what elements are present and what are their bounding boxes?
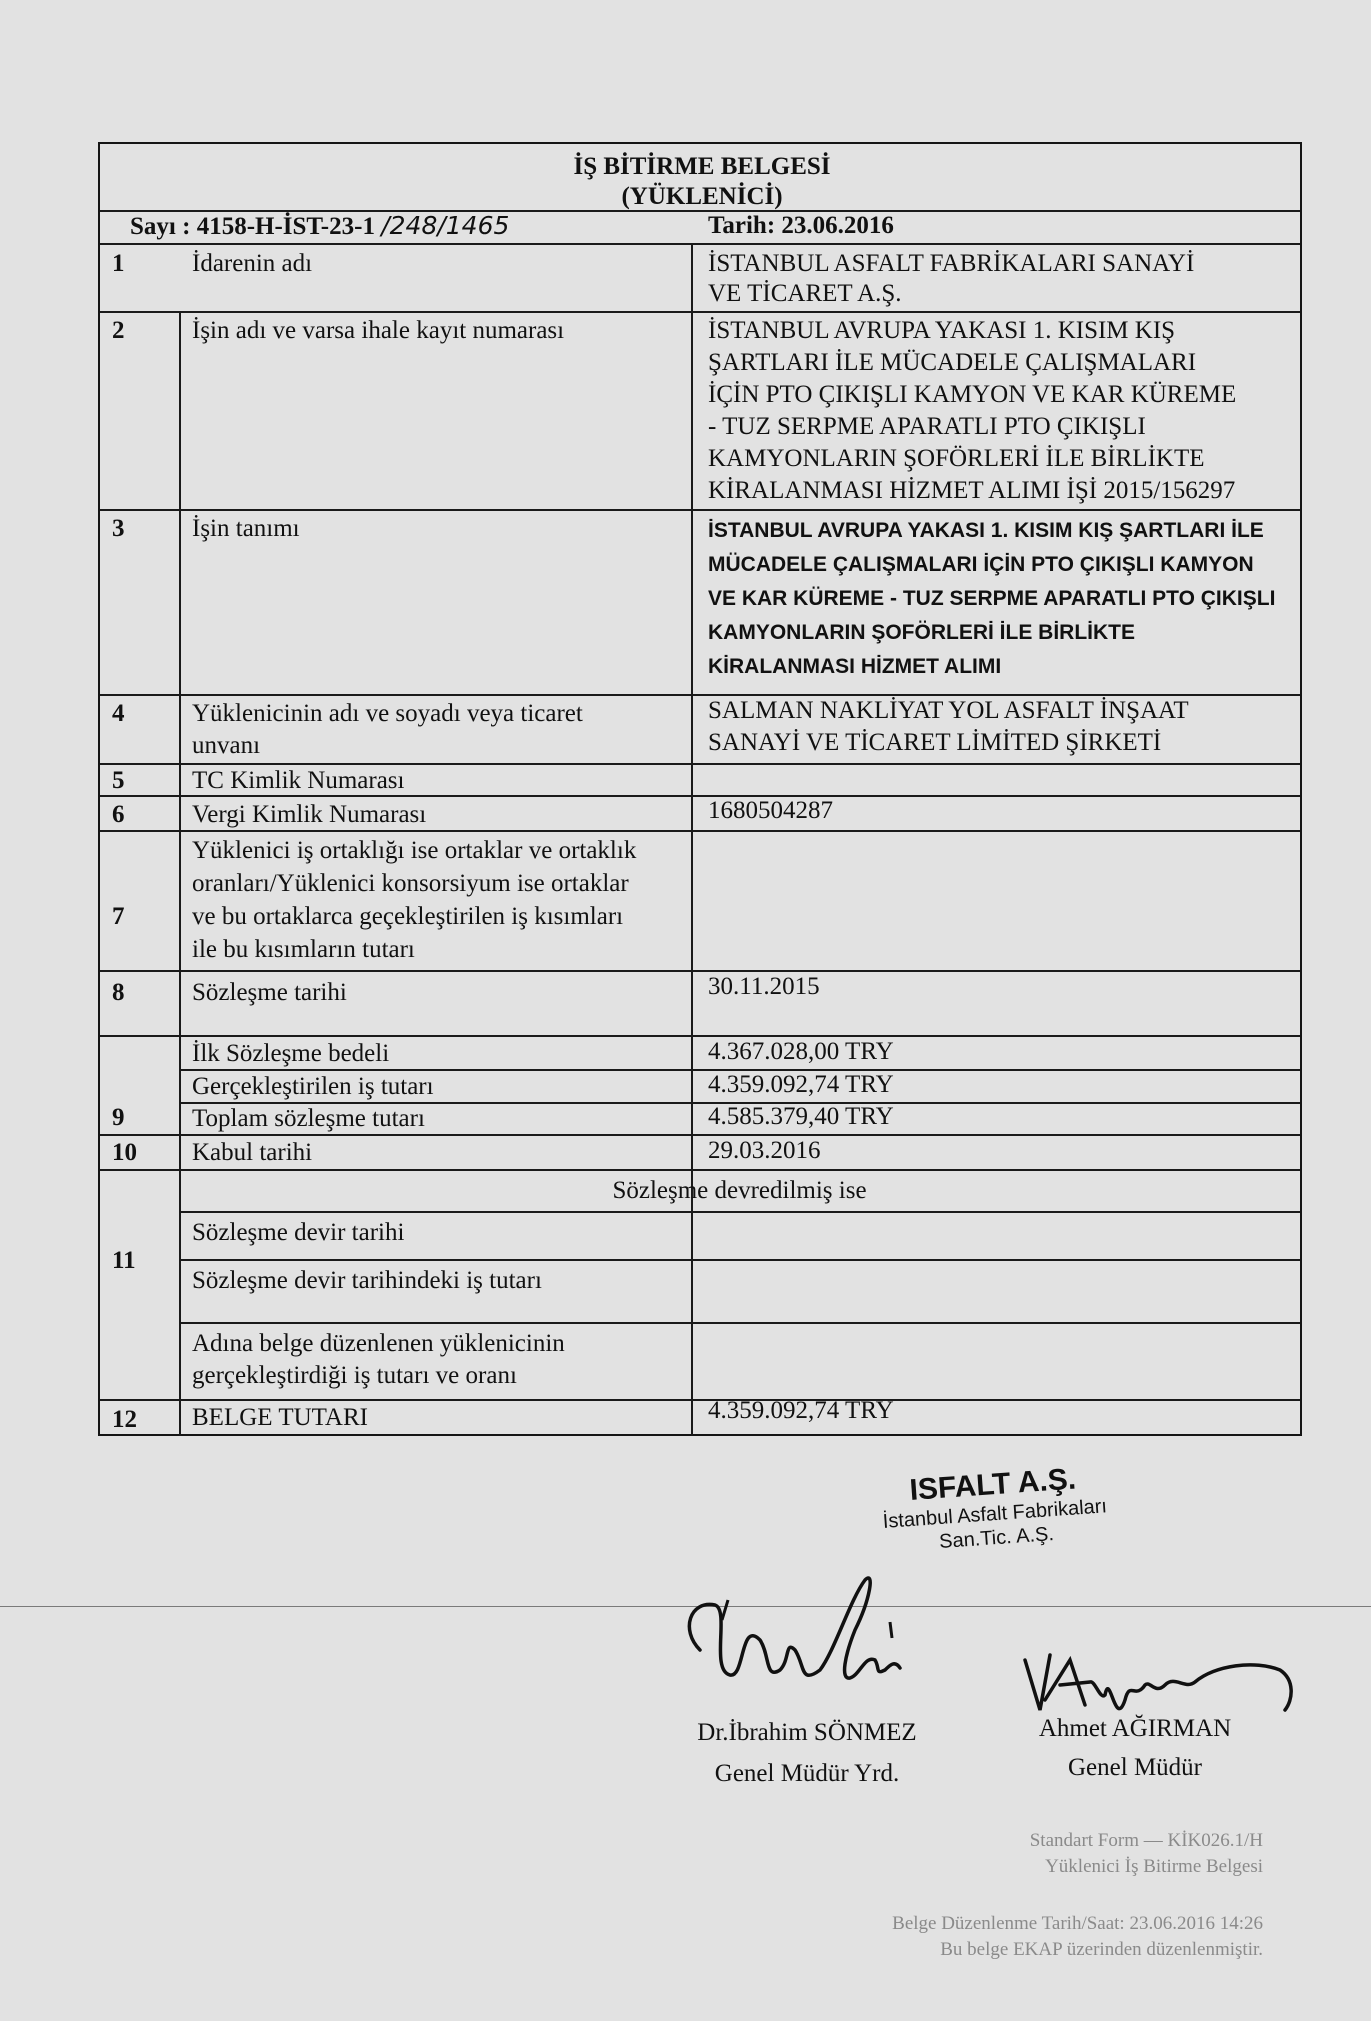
row-10-number: 10 <box>112 1136 137 1169</box>
document-subtitle: (YÜKLENİCİ) <box>100 182 1304 212</box>
row-1-value-line-2: VE TİCARET A.Ş. <box>708 277 902 310</box>
row-7-label-line-4: ile bu kısımların tutarı <box>192 933 415 966</box>
row-11-sub-3-label-line-1: Adına belge düzenlenen yüklenicinin <box>192 1327 565 1360</box>
row-3-label: İşin tanımı <box>192 512 300 545</box>
row-2-value-line-3: İÇİN PTO ÇIKIŞLI KAMYON VE KAR KÜREME <box>708 378 1236 411</box>
certificate-table: İŞ BİTİRME BELGESİ (YÜKLENİCİ) <box>98 142 1302 1436</box>
sayi-value: 4158-H-İST-23-1 <box>197 213 375 240</box>
row-2-label: İşin adı ve varsa ihale kayıt numarası <box>192 314 564 347</box>
row-7-label-line-1: Yüklenici iş ortaklığı ise ortaklar ve o… <box>192 834 636 867</box>
row-9-sub-2-label: Gerçekleştirilen iş tutarı <box>192 1070 434 1103</box>
row-10-label: Kabul tarihi <box>192 1136 312 1169</box>
row-2-value-line-1: İSTANBUL AVRUPA YAKASI 1. KISIM KIŞ <box>708 314 1175 347</box>
row-6-label: Vergi Kimlik Numarası <box>192 798 426 831</box>
row-3-value-line-4: KAMYONLARIN ŞOFÖRLERİ İLE BİRLİKTE <box>708 616 1135 650</box>
document-page: İŞ BİTİRME BELGESİ (YÜKLENİCİ) <box>0 0 1371 2021</box>
row-1-label: İdarenin adı <box>192 247 312 280</box>
tarih-label: Tarih: <box>708 212 775 239</box>
footer-form-name: Yüklenici İş Bitirme Belgesi <box>1045 1854 1263 1880</box>
row-4-value-line-2: SANAYİ VE TİCARET LİMİTED ŞİRKETİ <box>708 726 1161 759</box>
sayi-handwritten: /248/1465 <box>381 211 509 240</box>
row-4-label-line-1: Yüklenicinin adı ve soyadı veya ticaret <box>192 697 583 730</box>
row-9-sub-3-label: Toplam sözleşme tutarı <box>192 1102 425 1135</box>
row-9-sub-3-value: 4.585.379,40 TRY <box>708 1100 894 1133</box>
row-4-value-line-1: SALMAN NAKLİYAT YOL ASFALT İNŞAAT <box>708 694 1189 727</box>
row-9-number: 9 <box>112 1101 125 1134</box>
sayi-field: Sayı : 4158-H-İST-23-1 /248/1465 <box>130 209 509 243</box>
row-1-number: 1 <box>112 247 125 280</box>
row-11-header: Sözleşme devredilmiş ise <box>179 1174 1300 1207</box>
row-7-label-line-3: ve bu ortaklarca geçekleştirilen iş kısı… <box>192 900 623 933</box>
row-12-number: 12 <box>112 1403 137 1436</box>
row-3-value-line-3: VE KAR KÜREME - TUZ SERPME APARATLI PTO … <box>708 582 1275 616</box>
row-3-number: 3 <box>112 512 125 545</box>
company-stamp: ISFALT A.Ş. İstanbul Asfalt Fabrikaları … <box>852 1458 1137 1559</box>
tarih-field: Tarih: 23.06.2016 <box>708 209 894 242</box>
row-9-sub-2-value: 4.359.092,74 TRY <box>708 1068 894 1101</box>
row-2-value-line-2: ŞARTLARI İLE MÜCADELE ÇALIŞMALARI <box>708 346 1196 379</box>
row-8-label: Sözleşme tarihi <box>192 976 347 1009</box>
row-6-value: 1680504287 <box>708 794 833 827</box>
row-9-sub-1-value: 4.367.028,00 TRY <box>708 1035 894 1068</box>
row-8-value: 30.11.2015 <box>708 970 820 1003</box>
row-12-label: BELGE TUTARI <box>192 1401 368 1434</box>
row-12-value: 4.359.092,74 TRY <box>708 1394 894 1427</box>
row-11-sub-1-label: Sözleşme devir tarihi <box>192 1216 404 1249</box>
tarih-value: 23.06.2016 <box>781 212 894 239</box>
row-2-value-line-5: KAMYONLARIN ŞOFÖRLERİ İLE BİRLİKTE <box>708 442 1205 475</box>
row-11-sub-2-label: Sözleşme devir tarihindeki iş tutarı <box>192 1264 542 1297</box>
row-11-sub-3-label-line-2: gerçekleştirdiği iş tutarı ve oranı <box>192 1359 517 1392</box>
row-7-number: 7 <box>112 900 125 933</box>
row-5-number: 5 <box>112 764 125 797</box>
row-2-value-line-4: - TUZ SERPME APARATLI PTO ÇIKIŞLI <box>708 410 1146 443</box>
footer-issued-datetime: Belge Düzenlenme Tarih/Saat: 23.06.2016 … <box>892 1911 1263 1937</box>
row-3-value-line-1: İSTANBUL AVRUPA YAKASI 1. KISIM KIŞ ŞART… <box>708 514 1264 548</box>
row-2-value-line-6: KİRALANMASI HİZMET ALIMI İŞİ 2015/156297 <box>708 474 1235 507</box>
row-7-label-line-2: oranları/Yüklenici konsorsiyum ise ortak… <box>192 867 629 900</box>
sayi-label: Sayı : <box>130 213 190 240</box>
row-11-number: 11 <box>112 1244 136 1277</box>
row-3-value-line-2: MÜCADELE ÇALIŞMALARI İÇİN PTO ÇIKIŞLI KA… <box>708 548 1254 582</box>
signatory-1-name: Dr.İbrahim SÖNMEZ <box>677 1716 937 1750</box>
row-4-label-line-2: unvanı <box>192 729 260 762</box>
row-1-value-line-1: İSTANBUL ASFALT FABRİKALARI SANAYİ <box>708 247 1194 280</box>
row-5-label: TC Kimlik Numarası <box>192 764 404 797</box>
row-8-number: 8 <box>112 976 125 1009</box>
footer-ekap-note: Bu belge EKAP üzerinden düzenlenmiştir. <box>940 1937 1263 1963</box>
signatory-1-title: Genel Müdür Yrd. <box>677 1757 937 1791</box>
row-3-value-line-5: KİRALANMASI HİZMET ALIMI <box>708 650 1001 684</box>
document-title: İŞ BİTİRME BELGESİ <box>100 152 1304 182</box>
footer-form-code: Standart Form — KİK026.1/H <box>1030 1828 1263 1854</box>
signature-1-icon <box>670 1560 950 1710</box>
row-2-number: 2 <box>112 314 125 347</box>
row-6-number: 6 <box>112 798 125 831</box>
row-10-value: 29.03.2016 <box>708 1134 821 1167</box>
row-9-sub-1-label: İlk Sözleşme bedeli <box>192 1037 389 1070</box>
row-4-number: 4 <box>112 697 125 730</box>
signatory-2-name: Ahmet AĞIRMAN <box>1010 1712 1260 1746</box>
signatory-2-title: Genel Müdür <box>1010 1751 1260 1785</box>
